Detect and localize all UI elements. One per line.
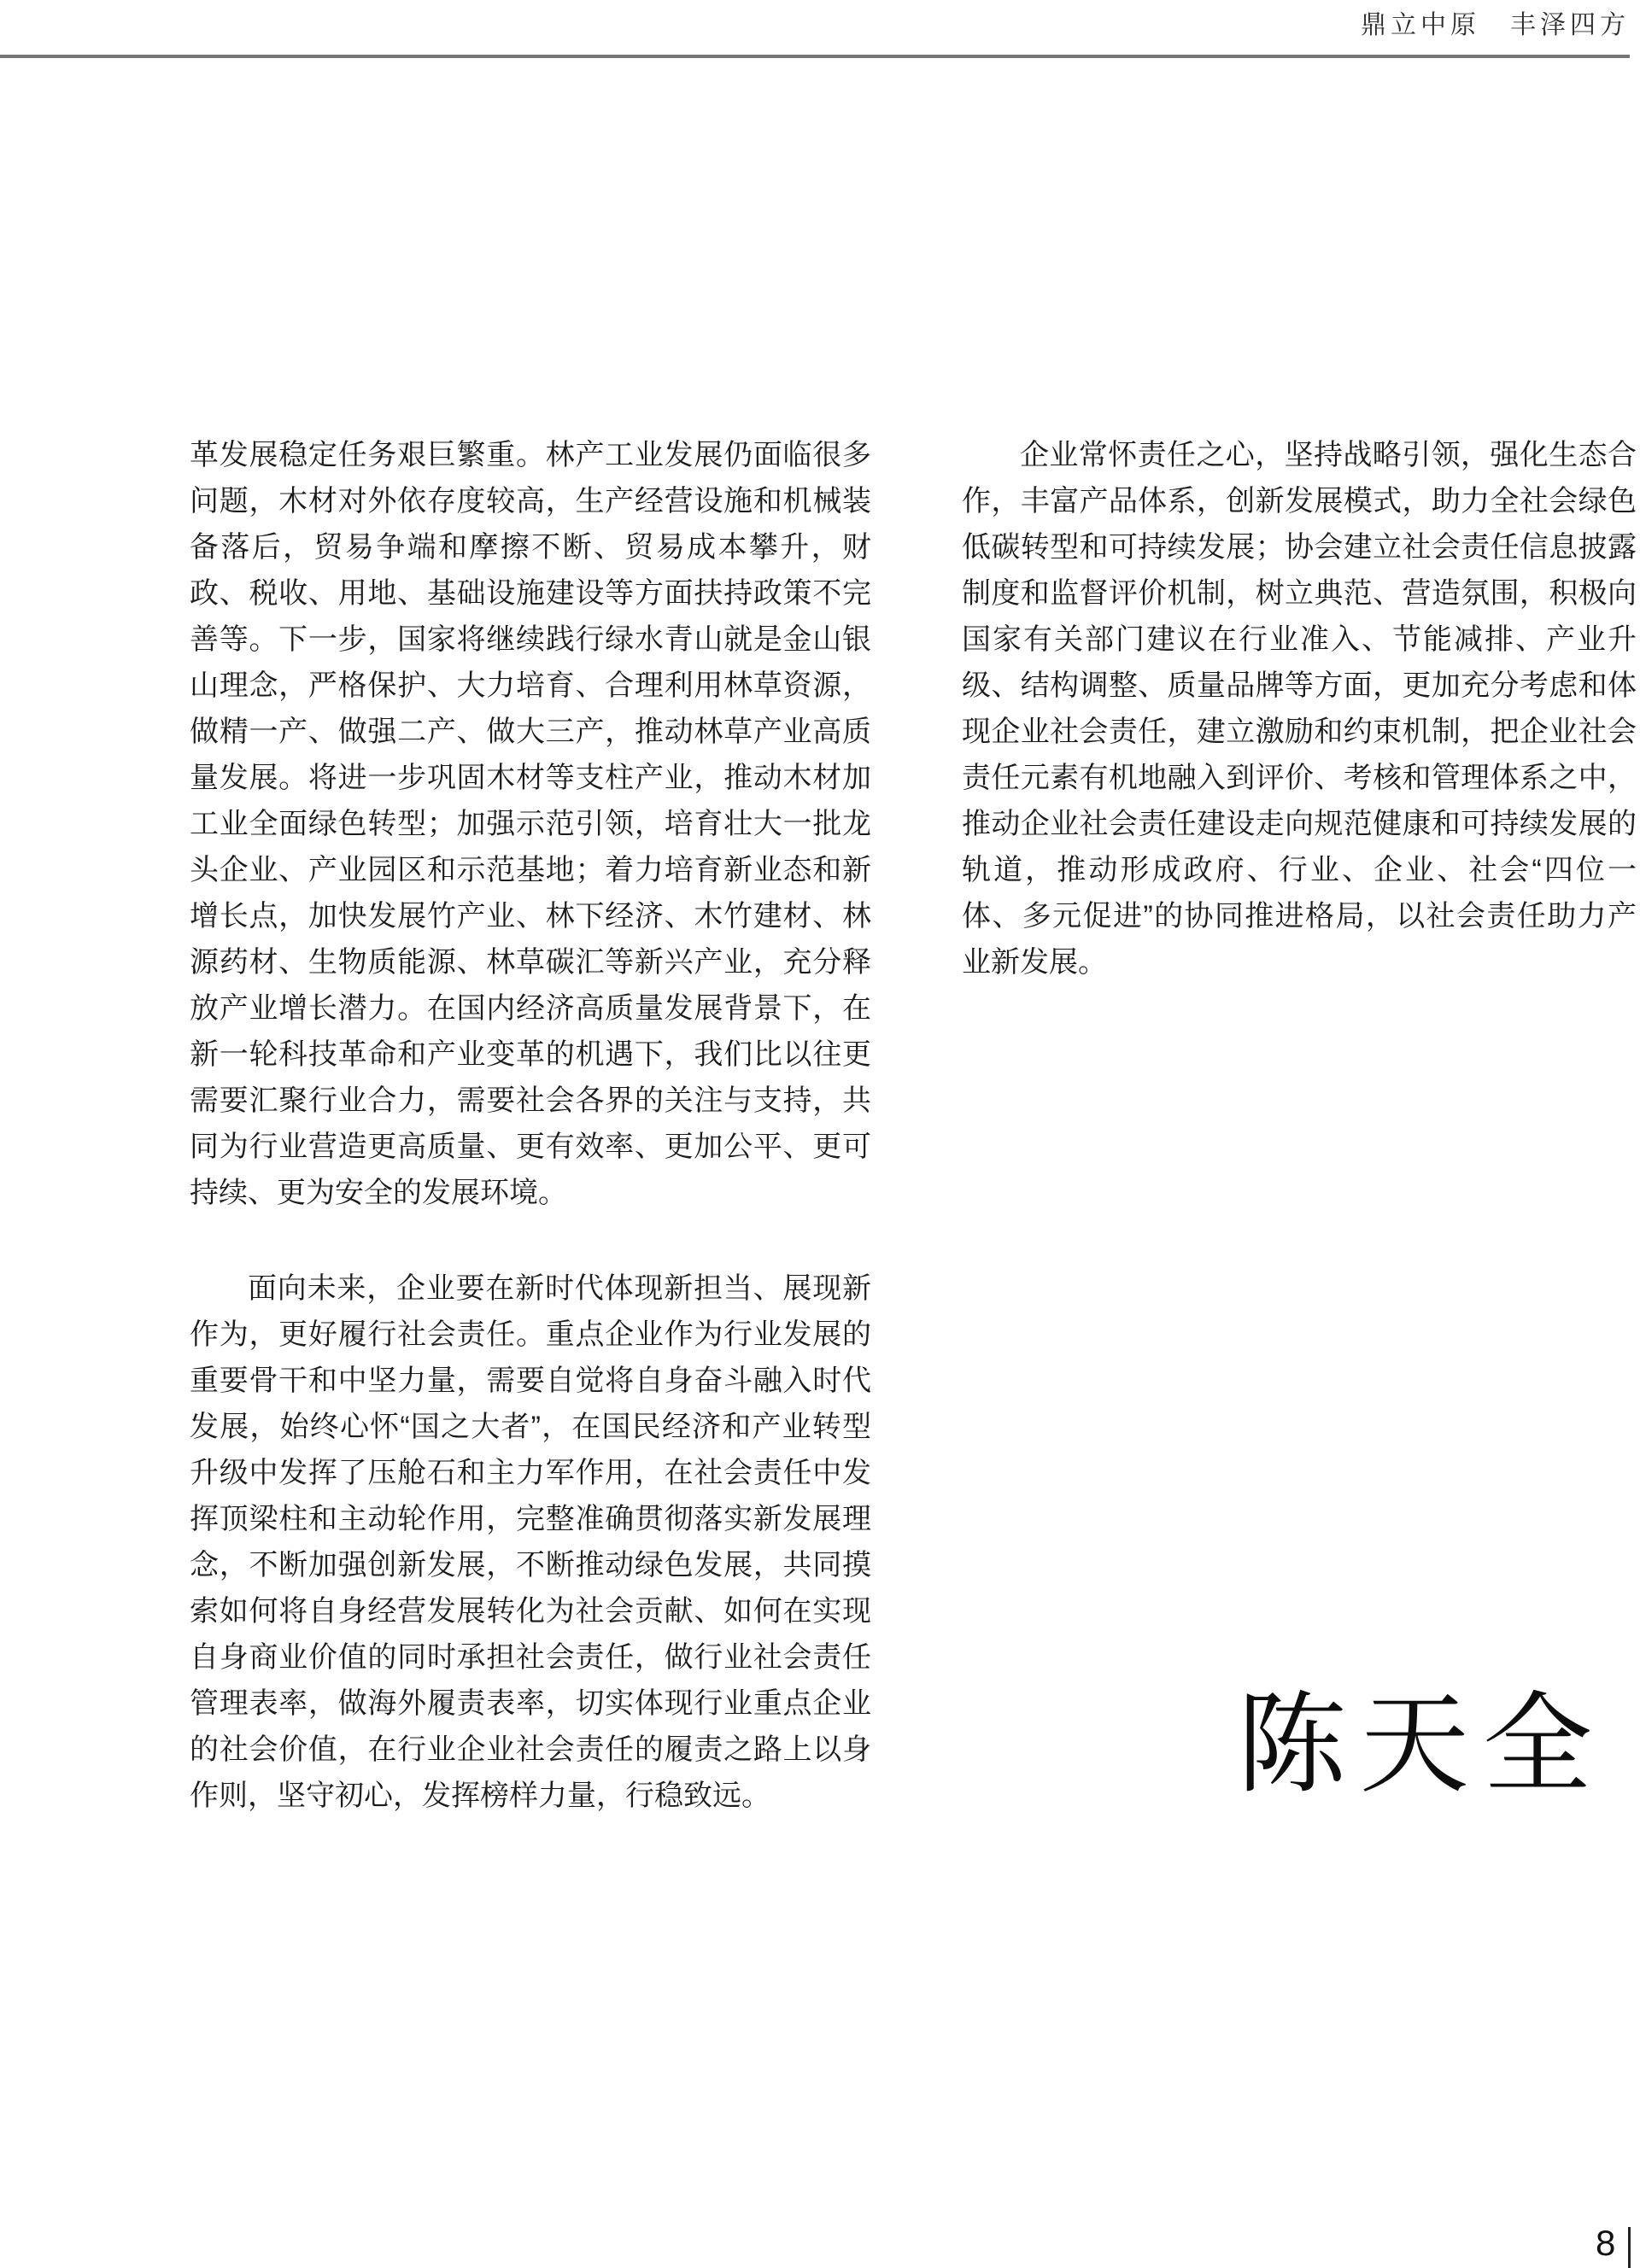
page-number: 8	[1596, 2225, 1615, 2261]
signature-calligraphy: 陈天全	[1237, 1657, 1606, 1814]
right-paragraph-responsibility: 企业常怀责任之心，坚持战略引领，强化生态合作，丰富产品体系，创新发展模式，助力全…	[962, 432, 1637, 985]
left-paragraph-future-outlook: 面向未来，企业要在新时代体现新担当、展现新作为，更好履行社会责任。重点企业作为行…	[190, 1266, 871, 1819]
left-paragraph-continuation: 革发展稳定任务艰巨繁重。林产工业发展仍面临很多问题，木材对外依存度较高，生产经营…	[190, 432, 871, 1216]
page-number-divider-bar	[1628, 2227, 1631, 2268]
page-header-motto: 鼎立中原 丰泽四方	[1361, 3, 1630, 41]
header-rule	[0, 55, 1630, 58]
left-text-column: 革发展稳定任务艰巨繁重。林产工业发展仍面临很多问题，木材对外依存度较高，生产经营…	[190, 432, 871, 1819]
right-text-column: 企业常怀责任之心，坚持战略引领，强化生态合作，丰富产品体系，创新发展模式，助力全…	[962, 432, 1637, 985]
